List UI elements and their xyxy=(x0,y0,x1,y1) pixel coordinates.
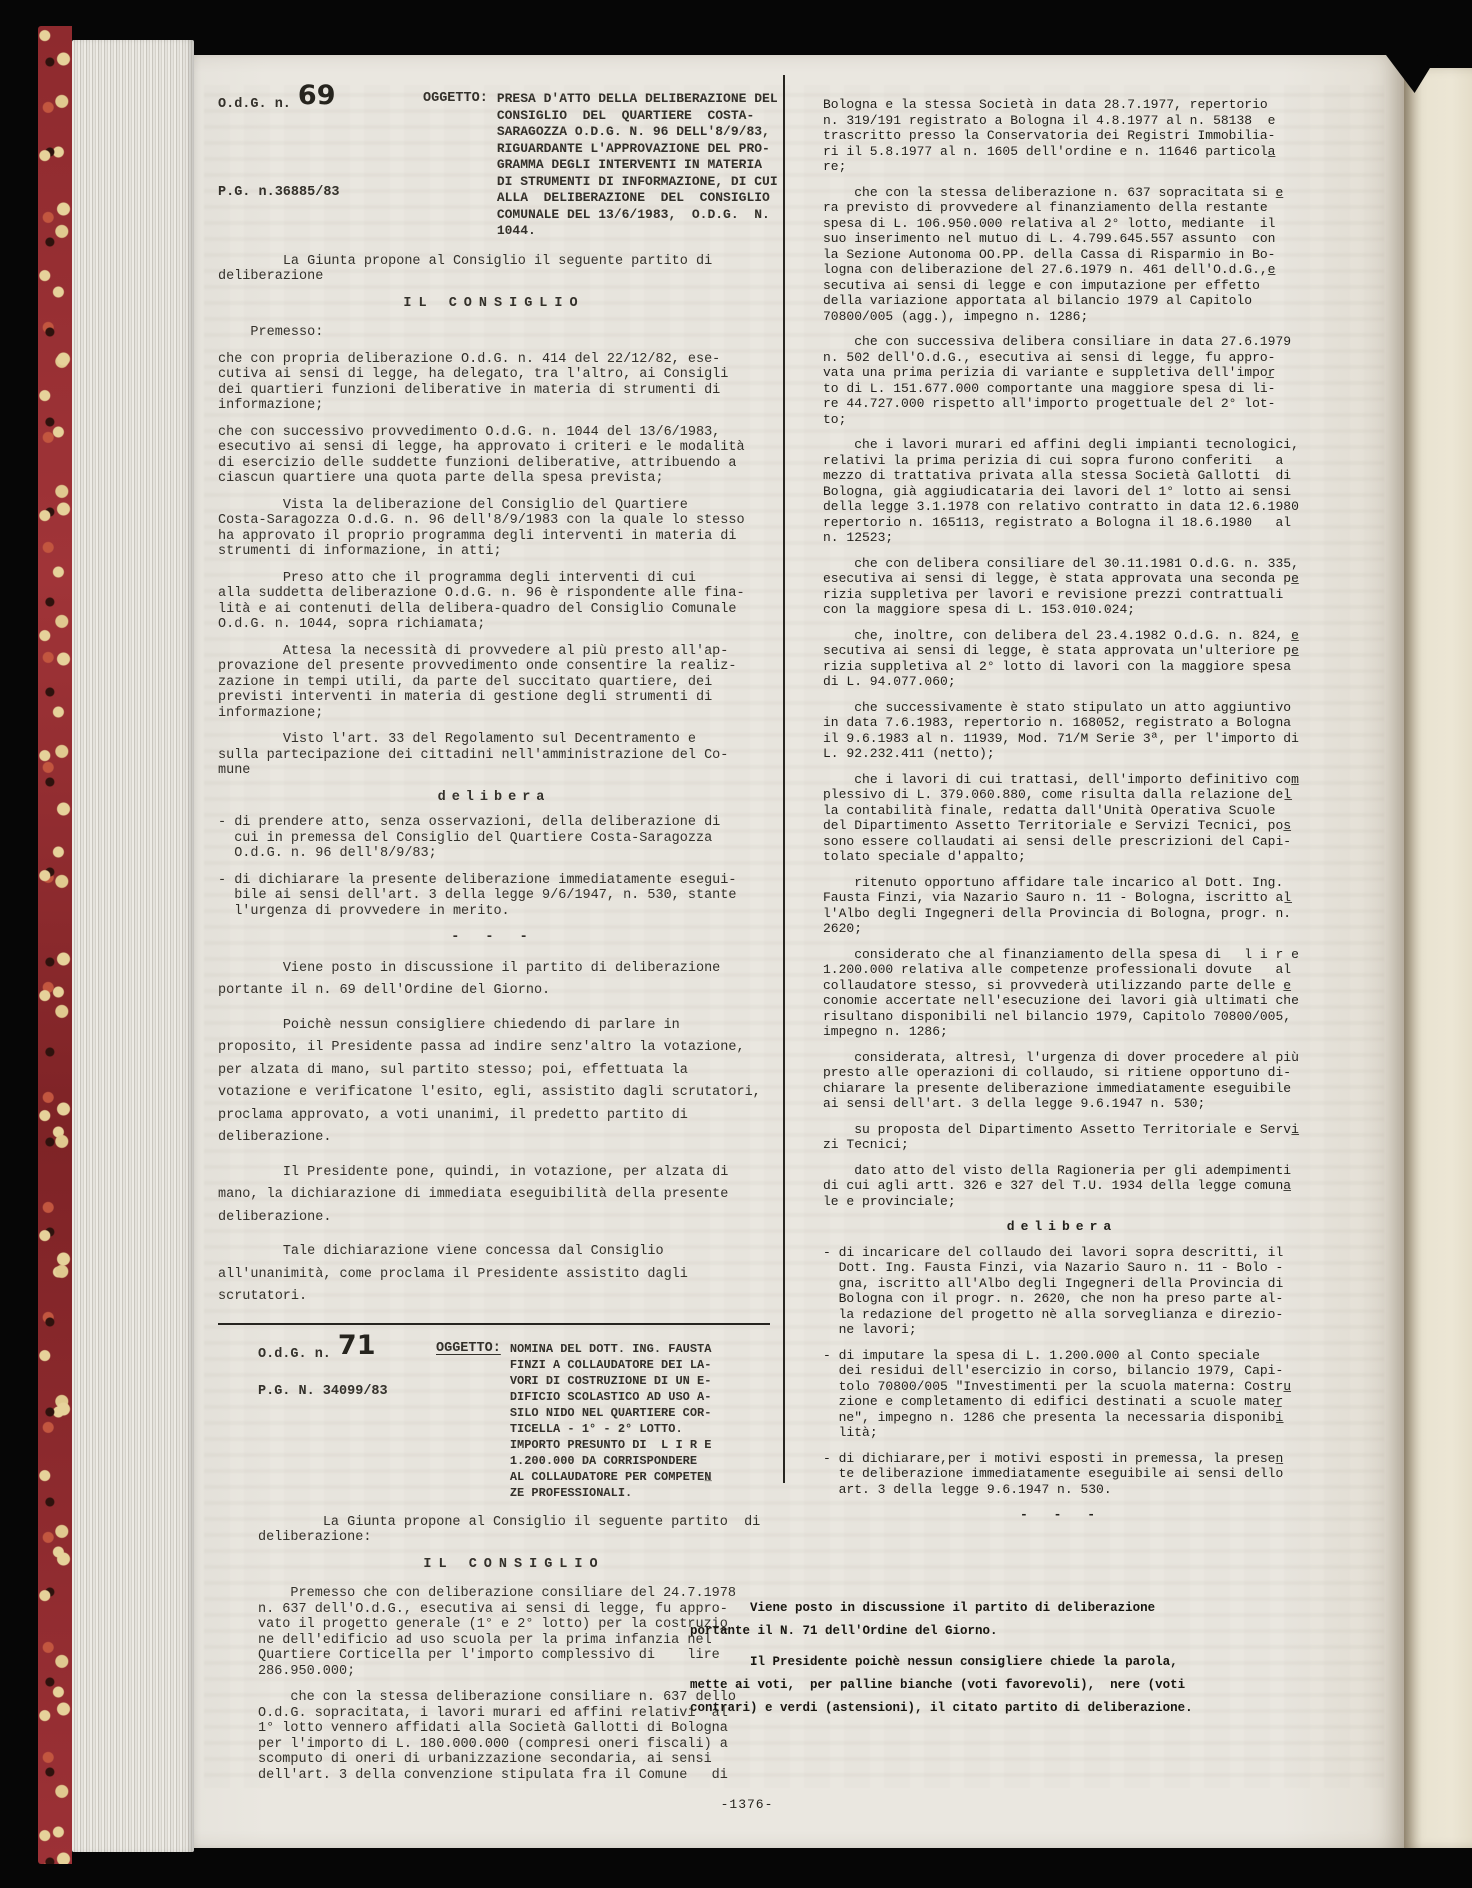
item-69-header-left: O.d.G. n.69 P.G. n.36885/83 xyxy=(218,91,423,240)
delibera-heading: delibera xyxy=(218,790,770,806)
paragraph: Il Presidente poichè nessun consigliere … xyxy=(690,1651,1310,1720)
right-column: Bologna e la stessa Società in data 28.7… xyxy=(823,97,1301,1535)
item-69-vote-record: Viene posto in discussione il partito di… xyxy=(218,958,770,1309)
page-number: -1376- xyxy=(687,1797,807,1812)
marbled-cover-edge xyxy=(38,26,72,1864)
item-69-header: O.d.G. n.69 P.G. n.36885/83 OGGETTO: PRE… xyxy=(218,91,770,240)
paragraph: che, inoltre, con delibera del 23.4.1982… xyxy=(823,628,1301,690)
oggetto-line: GRAMMA DEGLI INTERVENTI IN MATERIA xyxy=(497,157,778,174)
oggetto-line: DI STRUMENTI DI INFORMAZIONE, DI CUI xyxy=(497,174,778,191)
separator-dashes: - - - xyxy=(823,1507,1301,1523)
oggetto-line: TICELLA - 1° - 2° LOTTO. xyxy=(510,1421,770,1437)
item-71-subject: OGGETTO: NOMINA DEL DOTT. ING. FAUSTAFIN… xyxy=(436,1341,770,1501)
left-column: O.d.G. n.69 P.G. n.36885/83 OGGETTO: PRE… xyxy=(218,91,770,1794)
item-71-header: O.d.G. n.71 P.G. N. 34099/83 OGGETTO: NO… xyxy=(218,1341,770,1501)
heading-il-consiglio: IL CONSIGLIO xyxy=(218,296,770,312)
delibera-heading: delibera xyxy=(823,1219,1301,1235)
item-69-recitals: che con propria deliberazione O.d.G. n. … xyxy=(218,352,770,779)
oggetto-lines: PRESA D'ATTO DELLA DELIBERAZIONE DELCONS… xyxy=(497,91,778,240)
oggetto-line: SARAGOZZA O.D.G. N. 96 DELL'8/9/83, xyxy=(497,124,778,141)
odg-label: O.d.G. n. xyxy=(218,97,291,112)
paragraph: che con la stessa deliberazione n. 637 s… xyxy=(823,185,1301,325)
item-71-resolutions: - di incaricare del collaudo dei lavori … xyxy=(823,1245,1301,1498)
odg-number-handwritten: 71 xyxy=(338,1330,376,1361)
separator-dashes: - - - xyxy=(218,930,770,946)
oggetto-line: PRESA D'ATTO DELLA DELIBERAZIONE DEL xyxy=(497,91,778,108)
oggetto-line: ALLA DELIBERAZIONE DEL CONSIGLIO xyxy=(497,190,778,207)
oggetto-line: VORI DI COSTRUZIONE DI UN E- xyxy=(510,1373,770,1389)
oggetto-label: OGGETTO: xyxy=(436,1341,501,1501)
oggetto-line: AL COLLAUDATORE PER COMPETEN̲ xyxy=(510,1469,770,1485)
resolution-item: - di dichiarare,per i motivi esposti in … xyxy=(823,1451,1301,1498)
resolution-item: - di imputare la spesa di L. 1.200.000 a… xyxy=(823,1348,1301,1441)
oggetto-line: DIFICIO SCOLASTICO AD USO A- xyxy=(510,1389,770,1405)
oggetto-line: IMPORTO PRESUNTO DI L I R E xyxy=(510,1437,770,1453)
giunta-intro: La Giunta propone al Consiglio il seguen… xyxy=(218,254,770,285)
heading-il-consiglio: IL CONSIGLIO xyxy=(258,1557,770,1573)
paragraph: che con propria deliberazione O.d.G. n. … xyxy=(218,352,770,414)
oggetto-line: SILO NIDO NEL QUARTIERE COR- xyxy=(510,1405,770,1421)
resolution-item: - di incaricare del collaudo dei lavori … xyxy=(823,1245,1301,1338)
item-71-header-left: O.d.G. n.71 P.G. N. 34099/83 xyxy=(258,1341,436,1501)
premesso-label: Premesso: xyxy=(218,325,770,341)
pg-number: P.G. N. 34099/83 xyxy=(258,1384,436,1400)
paragraph: Preso atto che il programma degli interv… xyxy=(218,571,770,633)
item-69-subject: OGGETTO: PRESA D'ATTO DELLA DELIBERAZION… xyxy=(423,91,778,240)
paragraph: ritenuto opportuno affidare tale incaric… xyxy=(823,875,1301,937)
paragraph: che con successiva delibera consiliare i… xyxy=(823,334,1301,427)
odg-line: O.d.G. n.71 xyxy=(258,1341,436,1363)
paragraph: che i lavori di cui trattasi, dell'impor… xyxy=(823,772,1301,865)
paragraph: Visto l'art. 33 del Regolamento sul Dece… xyxy=(218,732,770,779)
oggetto-label: OGGETTO: xyxy=(423,91,488,240)
resolution-item: - di dichiarare la presente deliberazion… xyxy=(218,873,770,920)
odg-label: O.d.G. n. xyxy=(258,1347,331,1362)
oggetto-line: FINZI A COLLAUDATORE DEI LA- xyxy=(510,1357,770,1373)
paragraph: Attesa la necessità di provvedere al più… xyxy=(218,644,770,722)
column-divider-line xyxy=(783,75,785,1483)
giunta-intro: La Giunta propone al Consiglio il seguen… xyxy=(258,1515,770,1546)
paragraph: Il Presidente pone, quindi, in votazione… xyxy=(218,1162,770,1230)
page-stack-edges xyxy=(72,40,194,1852)
odg-number-handwritten: 69 xyxy=(298,80,336,111)
paragraph: che con delibera consiliare del 30.11.19… xyxy=(823,556,1301,618)
oggetto-line: 1.200.000 DA CORRISPONDERE xyxy=(510,1453,770,1469)
resolution-item: - di prendere atto, senza osservazioni, … xyxy=(218,815,770,862)
oggetto-lines: NOMINA DEL DOTT. ING. FAUSTAFINZI A COLL… xyxy=(510,1341,770,1501)
item-71-recitals: Bologna e la stessa Società in data 28.7… xyxy=(823,97,1301,1209)
paragraph: Tale dichiarazione viene concessa dal Co… xyxy=(218,1241,770,1309)
paragraph: Viene posto in discussione il partito di… xyxy=(218,958,770,1003)
paragraph: che con successivo provvedimento O.d.G. … xyxy=(218,425,770,487)
item-separator-rule xyxy=(218,1323,770,1325)
paragraph: Bologna e la stessa Società in data 28.7… xyxy=(823,97,1301,175)
adjacent-page-edge xyxy=(1404,68,1472,1848)
paragraph: che successivamente è stato stipulato un… xyxy=(823,700,1301,762)
paragraph: considerata, altresì, l'urgenza di dover… xyxy=(823,1050,1301,1112)
pg-number: P.G. n.36885/83 xyxy=(218,185,423,201)
item-71-vote-record: Viene posto in discussione il partito di… xyxy=(690,1597,1310,1728)
item-71-left-body: La Giunta propone al Consiglio il seguen… xyxy=(218,1515,770,1784)
paragraph: Vista la deliberazione del Consiglio del… xyxy=(218,498,770,560)
paragraph: considerato che al finanziamento della s… xyxy=(823,947,1301,1040)
oggetto-line: COMUNALE DEL 13/6/1983, O.D.G. N. xyxy=(497,207,778,224)
paragraph: su proposta del Dipartimento Assetto Ter… xyxy=(823,1122,1301,1153)
oggetto-line: 1044. xyxy=(497,223,778,240)
oggetto-line: CONSIGLIO DEL QUARTIERE COSTA- xyxy=(497,108,778,125)
oggetto-line: NOMINA DEL DOTT. ING. FAUSTA xyxy=(510,1341,770,1357)
oggetto-line: RIGUARDANTE L'APPROVAZIONE DEL PRO- xyxy=(497,141,778,158)
document-page: O.d.G. n.69 P.G. n.36885/83 OGGETTO: PRE… xyxy=(194,55,1404,1848)
paragraph: che i lavori murari ed affini degli impi… xyxy=(823,437,1301,546)
paragraph: Viene posto in discussione il partito di… xyxy=(690,1597,1310,1643)
odg-line: O.d.G. n.69 xyxy=(218,91,423,113)
book-scan: O.d.G. n.69 P.G. n.36885/83 OGGETTO: PRE… xyxy=(0,0,1472,1888)
paragraph: dato atto del visto della Ragioneria per… xyxy=(823,1163,1301,1210)
oggetto-line: ZE PROFESSIONALI. xyxy=(510,1485,770,1501)
paragraph: Poichè nessun consigliere chiedendo di p… xyxy=(218,1015,770,1150)
item-69-resolutions: - di prendere atto, senza osservazioni, … xyxy=(218,815,770,919)
